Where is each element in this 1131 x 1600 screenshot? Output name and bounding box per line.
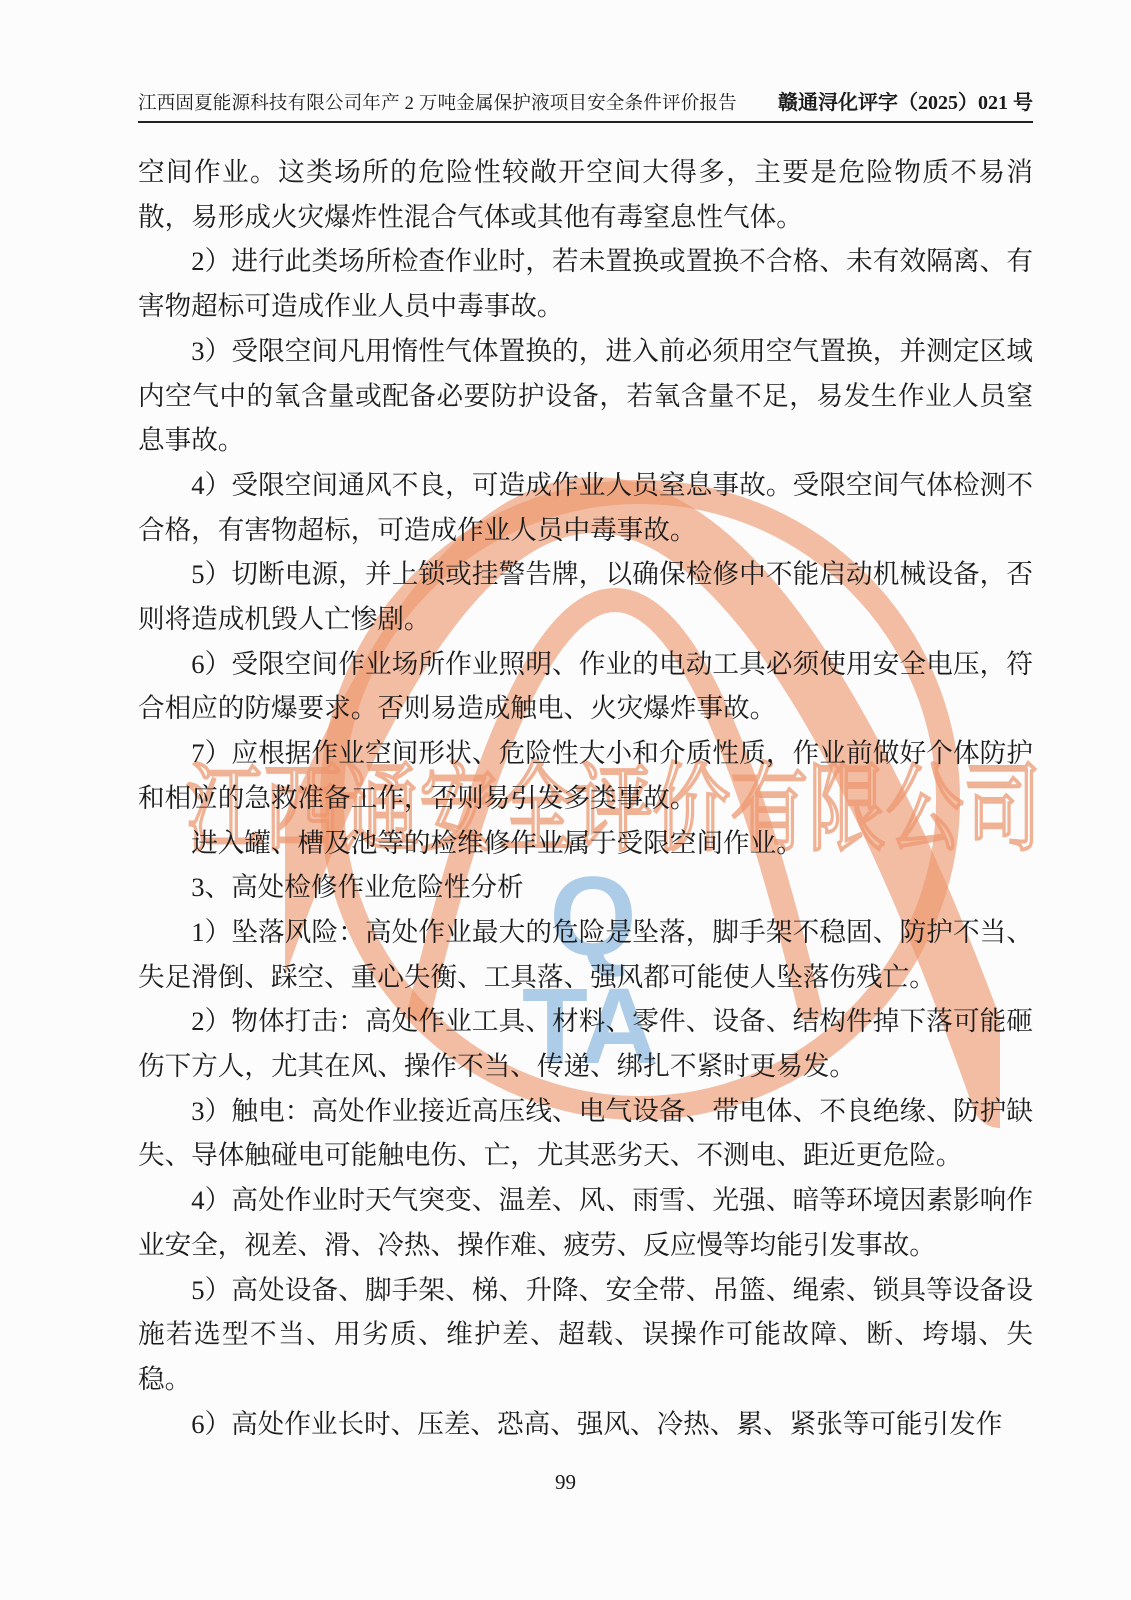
header-report-title: 江西固夏能源科技有限公司年产 2 万吨金属保护液项目安全条件评价报告 bbox=[138, 89, 737, 115]
document-page: Q TA 江西通安全评价有限公司 江西固夏能源科技有限公司年产 2 万吨金属保护… bbox=[0, 0, 1131, 1600]
body-paragraph: 进入罐、槽及池等的检维修作业属于受限空间作业。 bbox=[138, 821, 1033, 866]
body-paragraph: 6）受限空间作业场所作业照明、作业的电动工具必须使用安全电压，符合相应的防爆要求… bbox=[138, 642, 1033, 731]
body-paragraph: 空间作业。这类场所的危险性较敞开空间大得多，主要是危险物质不易消散，易形成火灾爆… bbox=[138, 150, 1033, 239]
body-paragraph: 2）物体打击：高处作业工具、材料、零件、设备、结构件掉下落可能砸伤下方人，尤其在… bbox=[138, 999, 1033, 1088]
header-doc-number: 赣通浔化评字（2025）021 号 bbox=[778, 86, 1033, 115]
body-paragraph: 2）进行此类场所检查作业时，若未置换或置换不合格、未有效隔离、有害物超标可造成作… bbox=[138, 239, 1033, 328]
body-paragraph: 1）坠落风险：高处作业最大的危险是坠落，脚手架不稳固、防护不当、失足滑倒、踩空、… bbox=[138, 910, 1033, 999]
body-paragraph: 5）高处设备、脚手架、梯、升降、安全带、吊篮、绳索、锁具等设备设施若选型不当、用… bbox=[138, 1268, 1033, 1402]
page-content: 江西固夏能源科技有限公司年产 2 万吨金属保护液项目安全条件评价报告 赣通浔化评… bbox=[138, 86, 1033, 1446]
body-paragraph: 4）高处作业时天气突变、温差、风、雨雪、光强、暗等环境因素影响作业安全，视差、滑… bbox=[138, 1178, 1033, 1267]
body-paragraph: 4）受限空间通风不良，可造成作业人员窒息事故。受限空间气体检测不合格，有害物超标… bbox=[138, 463, 1033, 552]
page-number: 99 bbox=[0, 1470, 1131, 1495]
body-paragraph: 3、高处检修作业危险性分析 bbox=[138, 865, 1033, 910]
body-text: 空间作业。这类场所的危险性较敞开空间大得多，主要是危险物质不易消散，易形成火灾爆… bbox=[138, 150, 1033, 1446]
body-paragraph: 7）应根据作业空间形状、危险性大小和介质性质，作业前做好个体防护和相应的急救准备… bbox=[138, 731, 1033, 820]
body-paragraph: 6）高处作业长时、压差、恐高、强风、冷热、累、紧张等可能引发作 bbox=[138, 1402, 1033, 1447]
body-paragraph: 5）切断电源，并上锁或挂警告牌，以确保检修中不能启动机械设备，否则将造成机毁人亡… bbox=[138, 552, 1033, 641]
page-header: 江西固夏能源科技有限公司年产 2 万吨金属保护液项目安全条件评价报告 赣通浔化评… bbox=[138, 86, 1033, 123]
body-paragraph: 3）触电：高处作业接近高压线、电气设备、带电体、不良绝缘、防护缺失、导体触碰电可… bbox=[138, 1089, 1033, 1178]
body-paragraph: 3）受限空间凡用惰性气体置换的，进入前必须用空气置换，并测定区域内空气中的氧含量… bbox=[138, 329, 1033, 463]
